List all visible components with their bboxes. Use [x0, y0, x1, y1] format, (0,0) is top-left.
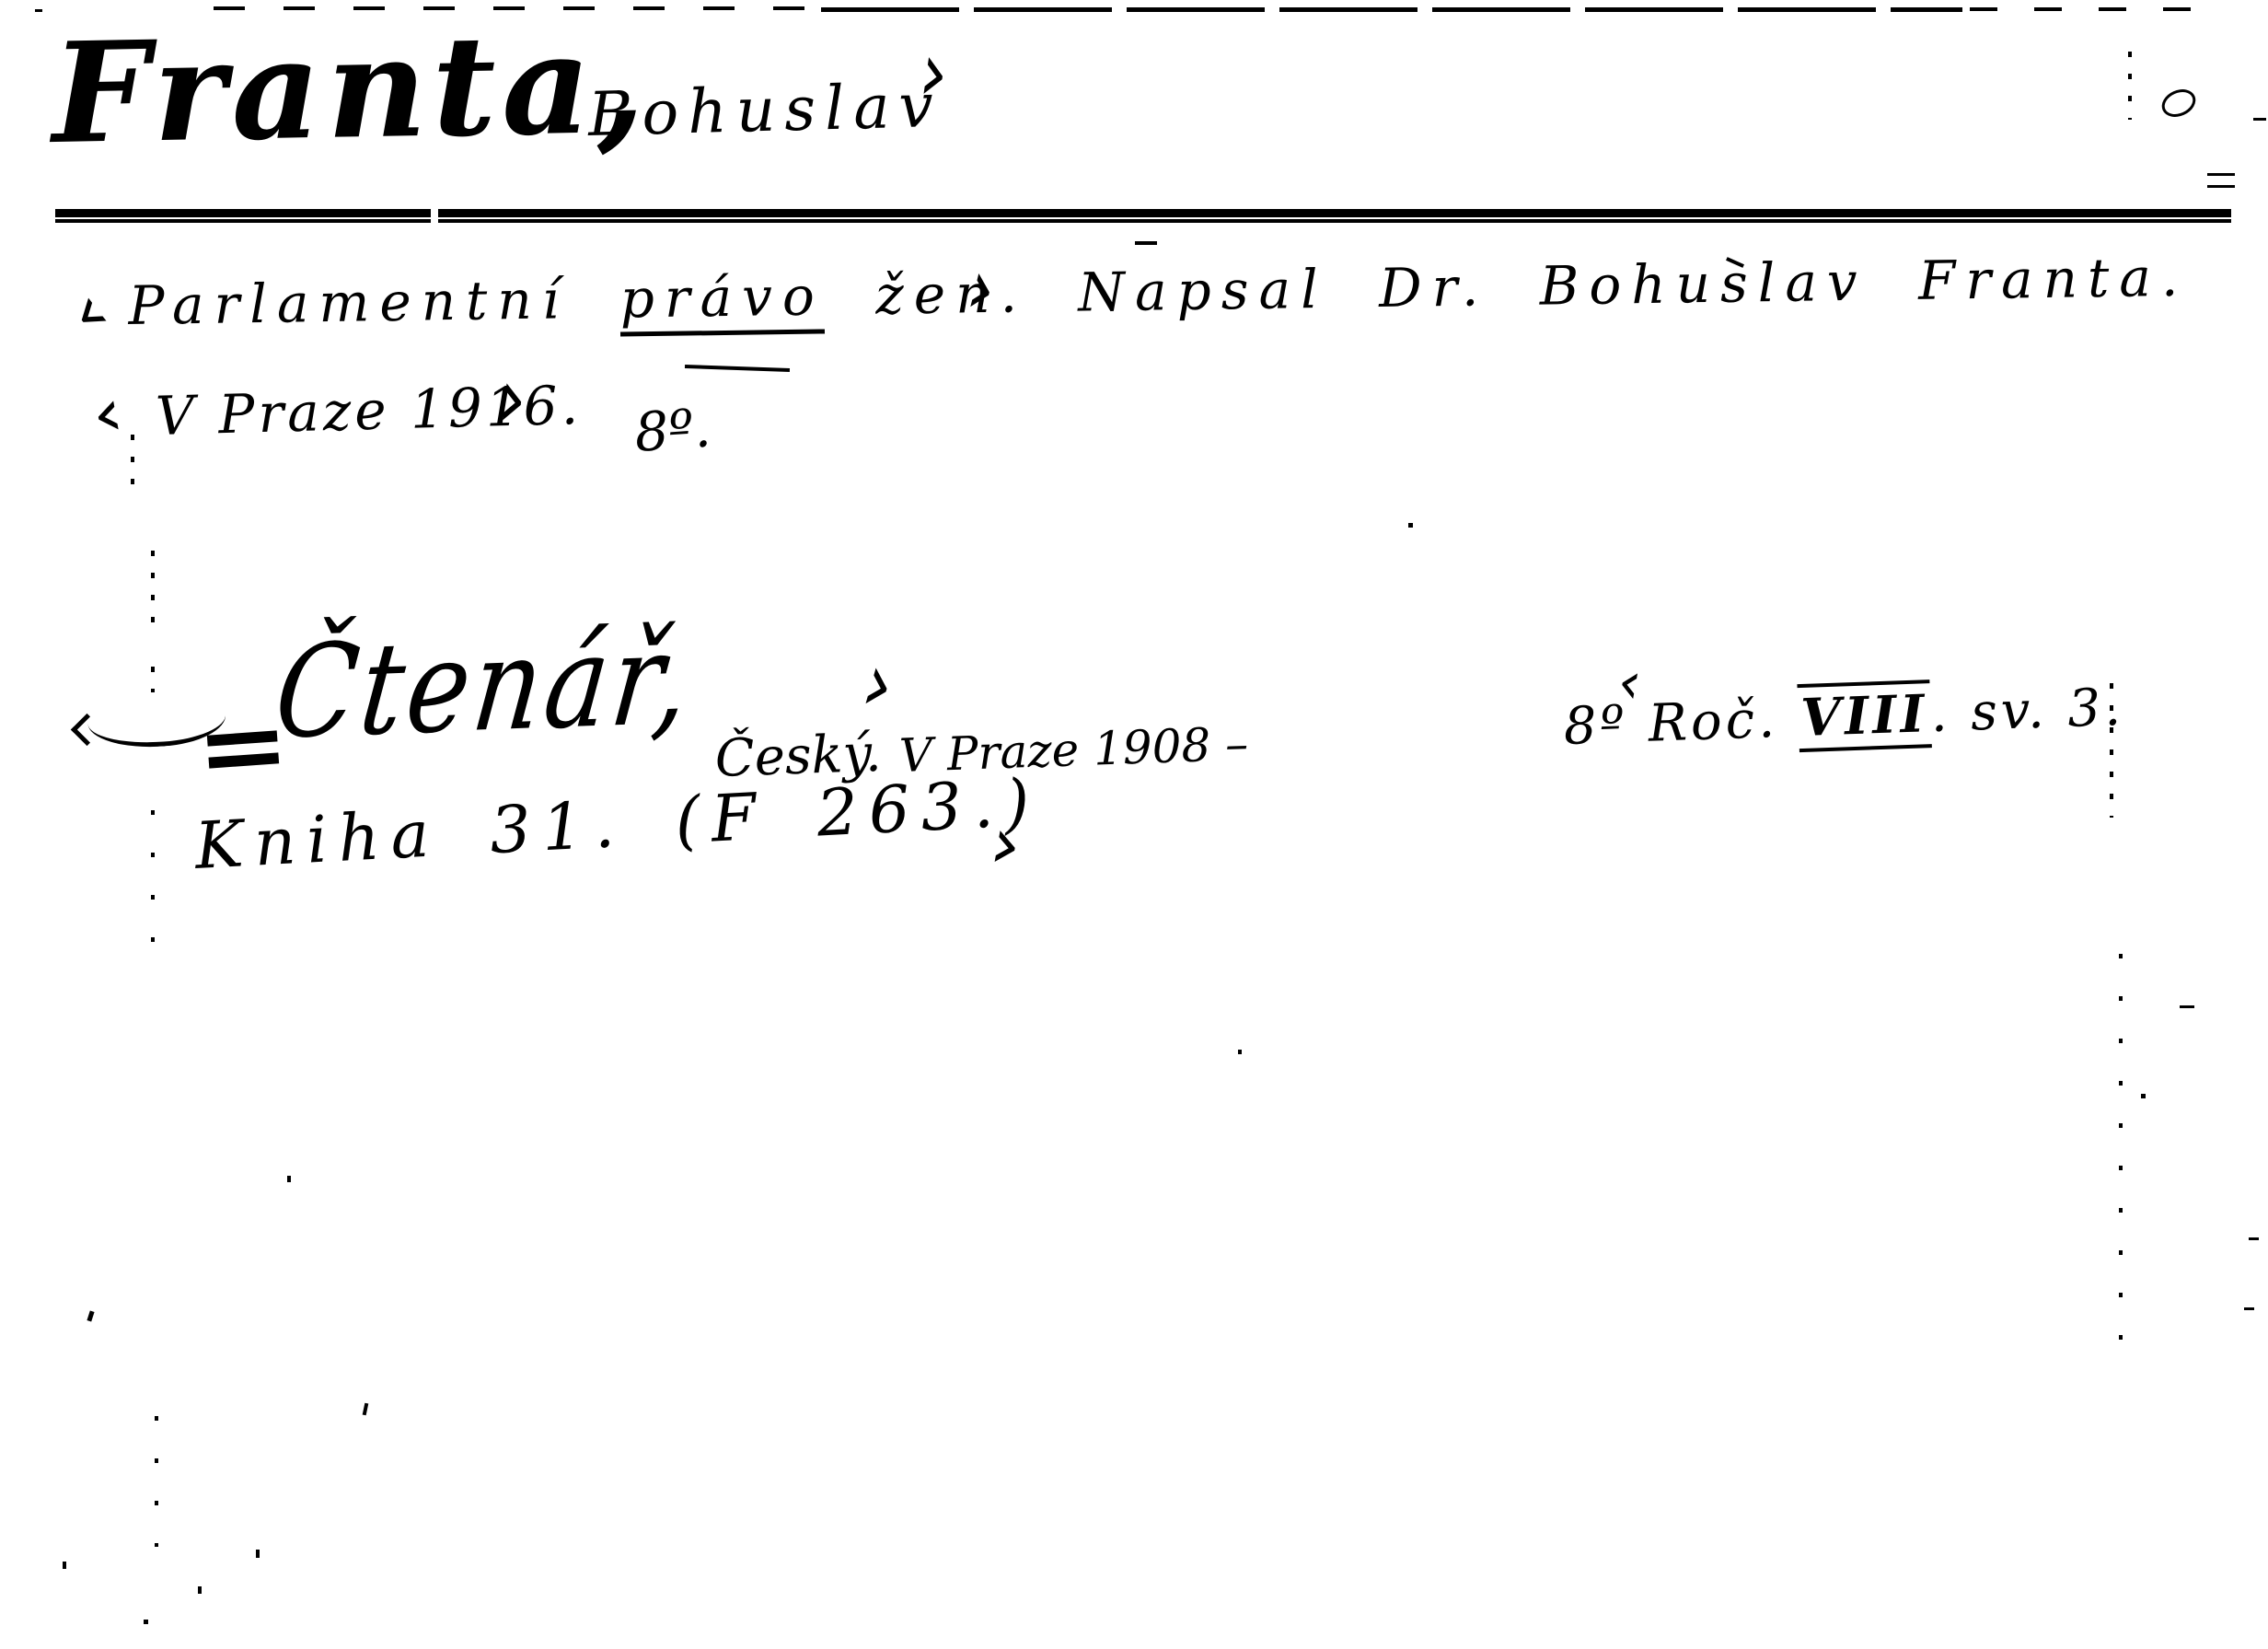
ink-speck — [63, 1562, 66, 1569]
entry2-holdings: Kniha 31. (F 263.) — [193, 764, 1043, 884]
heading-rule — [55, 209, 2231, 223]
ink-speck — [287, 1176, 291, 1182]
ink-speck — [2244, 1307, 2254, 1310]
ink-speck — [1408, 523, 1413, 528]
caret-above-subtitle-mark: › — [854, 642, 904, 729]
dotted-guide-right-2 — [2119, 954, 2123, 1374]
spacer — [1628, 741, 1649, 742]
entry2-holdings-pre: Kniha 31. ( — [193, 782, 713, 884]
heading-forename: Bohuslav — [587, 70, 943, 150]
ink-speck — [144, 1620, 148, 1624]
ink-speck — [256, 1550, 260, 1558]
hook-left-entry1-mark: ‹ — [56, 277, 122, 349]
caret-right-after-heading-mark: › — [914, 30, 954, 116]
entry2-collation: 8ºRoč. VIII. sv. 3. — [1563, 677, 2125, 757]
equals-mark — [207, 730, 279, 768]
caret-left-entry1-line2-mark: ‹ — [87, 379, 128, 448]
entry2-volume-label: Roč. — [1648, 690, 1779, 754]
ink-speck — [87, 1310, 94, 1321]
dotted-guide-left-3 — [151, 810, 155, 980]
entry1-line1: Parlamentní právo žen. Napsal Dr. Bohusl… — [128, 246, 2189, 337]
entry1-line1-pre: Parlamentní — [128, 268, 620, 337]
entry1-title-underlined: právo — [619, 264, 825, 336]
heading-rule-gap — [431, 209, 438, 223]
dash-above-format1-mark — [685, 365, 790, 372]
heading-surname: Franta, — [51, 3, 652, 175]
entry1-line1-post: žen. Napsal Dr. Bohuslav Franta. — [824, 246, 2188, 328]
ink-speck — [198, 1586, 202, 1594]
ink-speck — [2141, 1094, 2146, 1098]
entry2-volume-issue: . sv. 3. — [1929, 678, 2125, 744]
ink-speck — [2180, 1005, 2194, 1008]
ink-speck — [363, 1403, 369, 1416]
top-edge-dashes-center — [821, 7, 1962, 12]
ink-speck — [35, 9, 42, 12]
entry1-format: 8º. — [632, 396, 712, 464]
catalog-card: Franta, Bohuslav › ‹ Parlamentní právo ž… — [0, 0, 2268, 1649]
entry2-volume-roman: VIII — [1797, 679, 1932, 752]
entry2-signature: F 263. — [710, 766, 1007, 857]
dotted-guide-entry1 — [131, 435, 134, 492]
dotted-guide-top-right — [2128, 52, 2132, 120]
dotted-guide-left-4 — [155, 1416, 158, 1547]
entry2-format: 8º — [1563, 695, 1629, 757]
dotted-guide-right-1 — [2110, 683, 2113, 818]
arrow-left-mark-curve — [87, 706, 227, 751]
ink-speck — [2253, 118, 2266, 121]
dotted-guide-left-1 — [151, 551, 155, 622]
entry2-title: Čtenář, — [269, 605, 700, 768]
ink-speck — [1135, 241, 1157, 245]
top-edge-dashes-right — [1970, 7, 2227, 11]
dotted-guide-left-2 — [151, 667, 155, 692]
equals-mark-top-right — [2207, 173, 2235, 188]
oval-mark — [2158, 84, 2200, 122]
ink-speck — [1238, 1050, 1242, 1054]
ink-speck — [2249, 1237, 2259, 1240]
